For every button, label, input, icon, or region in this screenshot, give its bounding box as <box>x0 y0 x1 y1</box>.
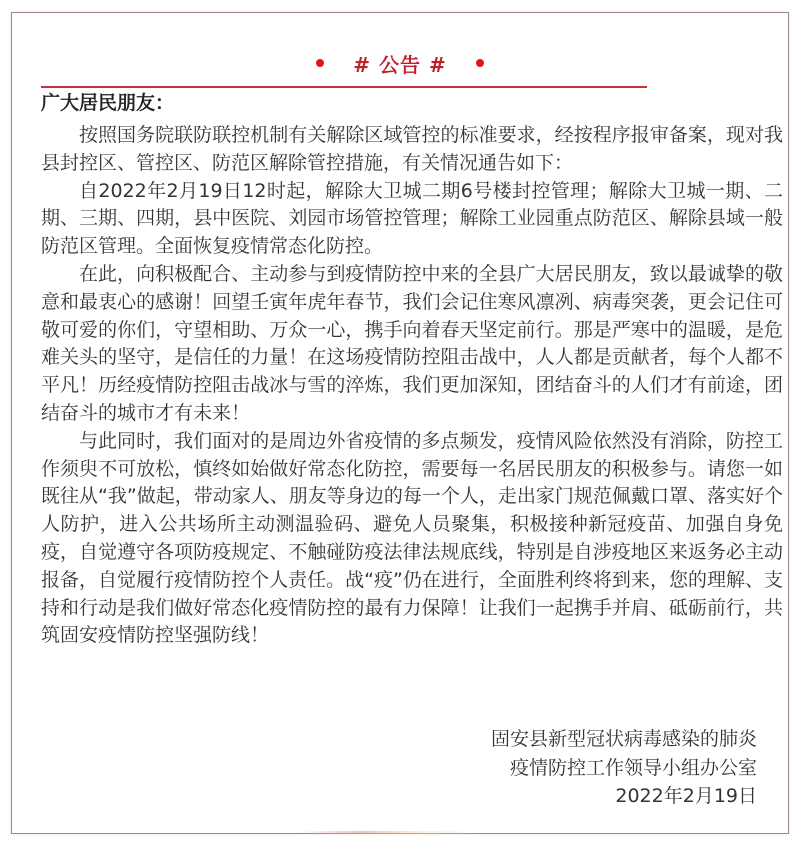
notice-body: 按照国务院联防联控机制有关解除区域管控的标准要求，经按程序报审备案，现对我县封控… <box>41 122 783 650</box>
paragraph-appeal: 与此同时，我们面对的是周边外省疫情的多点频发，疫情风险依然没有消除，防控工作须臾… <box>41 428 783 650</box>
bottom-decoration <box>300 831 480 834</box>
title-divider <box>41 86 647 88</box>
notice-header: # 公告 # <box>0 45 800 79</box>
salutation: 广大居民朋友： <box>41 90 174 116</box>
signature-org-line-2: 疫情防控工作领导小组办公室 <box>491 754 757 783</box>
red-dot-icon <box>476 59 484 67</box>
paragraph-gratitude: 在此，向积极配合、主动参与到疫情防控中来的全县广大居民朋友，致以最诚挚的敬意和最… <box>41 261 783 428</box>
paragraph-release-details: 自2022年2月19日12时起，解除大卫城二期6号楼封控管理；解除大卫城一期、二… <box>41 178 783 261</box>
paragraph-release-basis: 按照国务院联防联控机制有关解除区域管控的标准要求，经按程序报审备案，现对我县封控… <box>41 122 783 178</box>
signature-date: 2022年2月19日 <box>491 782 757 811</box>
notice-title: # 公告 # <box>0 49 800 78</box>
signature-block: 固安县新型冠状病毒感染的肺炎 疫情防控工作领导小组办公室 2022年2月19日 <box>491 725 757 811</box>
signature-org-line-1: 固安县新型冠状病毒感染的肺炎 <box>491 725 757 754</box>
